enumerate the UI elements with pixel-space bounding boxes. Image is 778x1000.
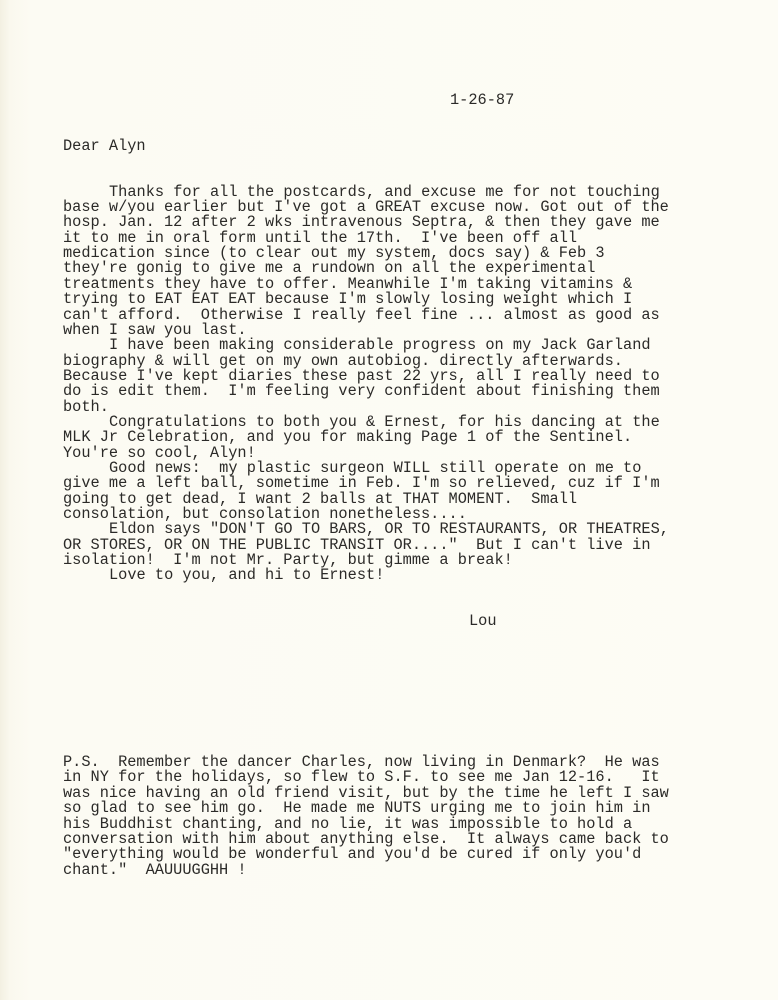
postscript: P.S. Remember the dancer Charles, now li…: [63, 755, 669, 878]
letter-body: Thanks for all the postcards, and excuse…: [63, 185, 669, 584]
spacer: [63, 706, 669, 724]
postscript-line: chant." AAUUUGGHH !: [63, 863, 669, 878]
spacer: [63, 660, 669, 675]
salutation: Dear Alyn: [63, 139, 669, 154]
letter-date: 1-26-87: [63, 93, 669, 108]
typed-letter: 1-26-87 Dear Alyn Thanks for all the pos…: [63, 62, 669, 909]
body-line: do is edit them. I'm feeling very confid…: [63, 384, 669, 399]
signature: Lou: [63, 614, 669, 629]
letter-page: 1-26-87 Dear Alyn Thanks for all the pos…: [0, 0, 778, 1000]
body-line: Love to you, and hi to Ernest!: [63, 568, 669, 583]
